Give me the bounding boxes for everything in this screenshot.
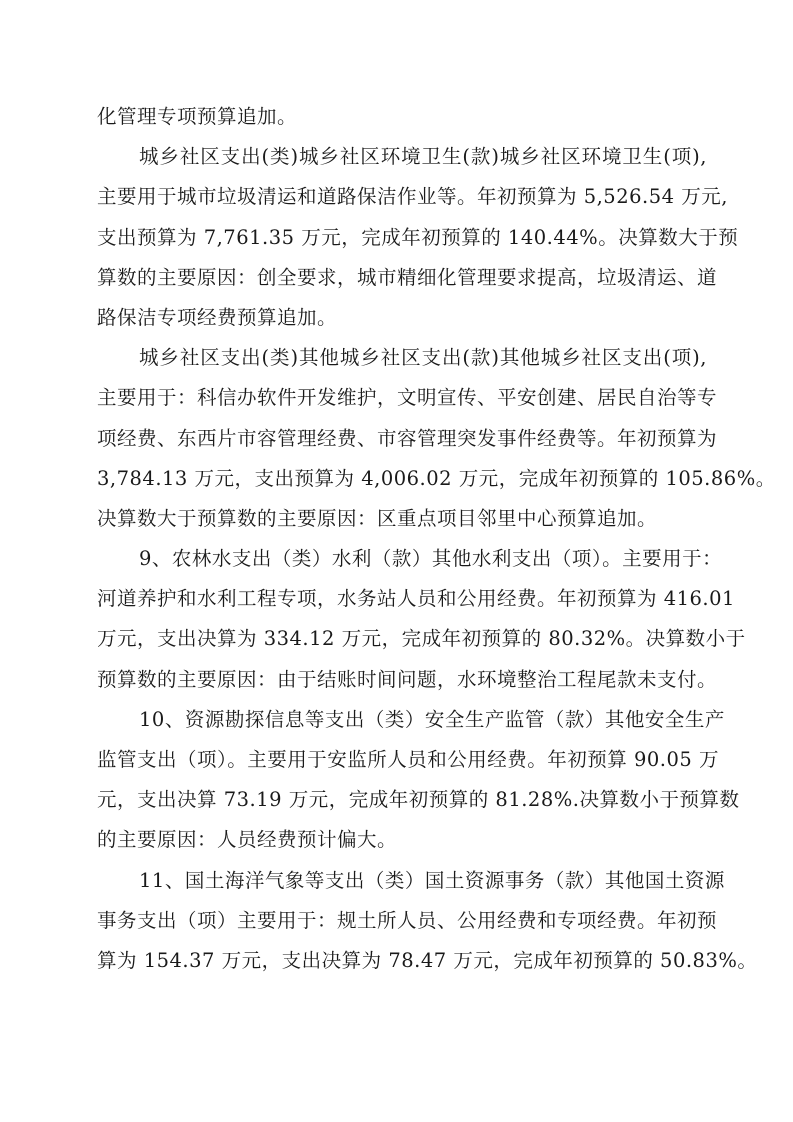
text-line: 城乡社区支出(类)其他城乡社区支出(款)其他城乡社区支出(项), [97,341,707,381]
text-line: 项经费、东西片市容管理经费、市容管理突发事件经费等。年初预算为 [97,422,707,462]
text-line: 算数的主要原因：创全要求，城市精细化管理要求提高，垃圾清运、道 [97,261,707,301]
text-line: 决算数大于预算数的主要原因：区重点项目邻里中心预算追加。 [97,502,707,542]
text-line: 主要用于：科信办软件开发维护，文明宣传、平安创建、居民自治等专 [97,381,707,421]
paragraph-urban-sanitation: 城乡社区支出(类)城乡社区环境卫生(款)城乡社区环境卫生(项), 主要用于城市垃… [97,140,707,341]
paragraph-continuation: 化管理专项预算追加。 [97,100,707,140]
text-line: 主要用于城市垃圾清运和道路保洁作业等。年初预算为 5,526.54 万元, [97,180,707,220]
text-line: 算为 154.37 万元，支出决算为 78.47 万元，完成年初预算的 50.8… [97,944,707,984]
text-line: 路保洁专项经费预算追加。 [97,301,707,341]
text-line: 万元，支出决算为 334.12 万元，完成年初预算的 80.32%。决算数小于 [97,622,707,662]
text-line: 支出预算为 7,761.35 万元，完成年初预算的 140.44%。决算数大于预 [97,221,707,261]
paragraph-land-resources: 11、国土海洋气象等支出（类）国土资源事务（款）其他国土资源 事务支出（项）主要… [97,864,707,985]
text-line: 3,784.13 万元，支出预算为 4,006.02 万元，完成年初预算的 10… [97,462,707,502]
text-line: 元，支出决算 73.19 万元，完成年初预算的 81.28%.决算数小于预算数 [97,783,707,823]
text-line: 监管支出（项）。主要用于安监所人员和公用经费。年初预算 90.05 万 [97,743,707,783]
text-line: 城乡社区支出(类)城乡社区环境卫生(款)城乡社区环境卫生(项), [97,140,707,180]
text-line: 河道养护和水利工程专项，水务站人员和公用经费。年初预算为 416.01 [97,582,707,622]
paragraph-other-urban-spending: 城乡社区支出(类)其他城乡社区支出(款)其他城乡社区支出(项), 主要用于：科信… [97,341,707,542]
paragraph-safety-supervision: 10、资源勘探信息等支出（类）安全生产监管（款）其他安全生产 监管支出（项）。主… [97,703,707,864]
document-page: 化管理专项预算追加。 城乡社区支出(类)城乡社区环境卫生(款)城乡社区环境卫生(… [97,100,707,984]
text-line: 预算数的主要原因：由于结账时间问题，水环境整治工程尾款未支付。 [97,663,707,703]
text-line: 11、国土海洋气象等支出（类）国土资源事务（款）其他国土资源 [97,864,707,904]
text-line: 化管理专项预算追加。 [97,100,707,140]
paragraph-water-conservancy: 9、农林水支出（类）水利（款）其他水利支出（项）。主要用于： 河道养护和水利工程… [97,542,707,703]
text-line: 10、资源勘探信息等支出（类）安全生产监管（款）其他安全生产 [97,703,707,743]
text-line: 事务支出（项）主要用于：规土所人员、公用经费和专项经费。年初预 [97,904,707,944]
text-line: 9、农林水支出（类）水利（款）其他水利支出（项）。主要用于： [97,542,707,582]
text-line: 的主要原因：人员经费预计偏大。 [97,823,707,863]
